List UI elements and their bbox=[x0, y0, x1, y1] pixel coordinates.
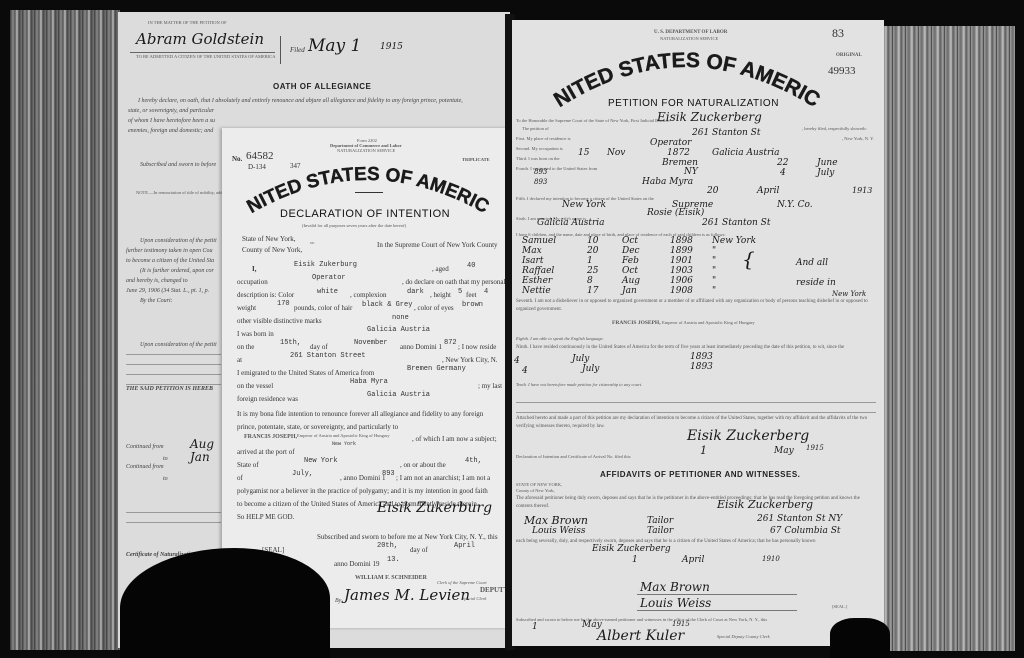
subscribed-label: Subscribed and sworn to before bbox=[140, 162, 216, 168]
clerk-title: Special Deputy County Clerk bbox=[717, 634, 770, 639]
at-label: at bbox=[237, 356, 242, 364]
reside-label: ; I now reside bbox=[458, 343, 496, 351]
born-day: 15 bbox=[578, 148, 589, 158]
continued-from-2: Continued from bbox=[126, 464, 164, 470]
arrived-state: New York bbox=[304, 457, 338, 465]
intention-text-2: prince, potentate, state, or sovereignty… bbox=[237, 423, 398, 431]
resided-day: 4 bbox=[514, 356, 520, 366]
child-row: Isart 1 Feb 1901 " bbox=[522, 256, 732, 266]
county-ny: County of New York, bbox=[516, 488, 555, 493]
known-month: April bbox=[682, 555, 704, 565]
clerk-name: WILLIAM F. SCHNEIDER bbox=[355, 575, 427, 581]
child-row: Samuel 10 Oct 1898 New York bbox=[522, 236, 732, 246]
occupation-label: occupation bbox=[237, 278, 268, 286]
affidavits-title: AFFIDAVITS OF PETITIONER AND WITNESSES. bbox=[600, 470, 800, 479]
oath-text-1: I hereby declare, on oath, that I absolu… bbox=[138, 98, 463, 104]
petitioner-signature: Eisik Zuckerberg bbox=[687, 428, 809, 444]
book-page-edges-left bbox=[10, 10, 120, 650]
sworn-text: Subscribed and sworn to before me at New… bbox=[317, 533, 498, 541]
born-month: Nov bbox=[607, 148, 625, 158]
ss-label: ss: bbox=[310, 240, 315, 245]
address: 261 Stanton Street bbox=[290, 352, 366, 360]
arrived-month: July bbox=[817, 168, 834, 178]
ninth-clause: Ninth. I have resided continuously in th… bbox=[516, 344, 876, 352]
page-number: 83 bbox=[832, 26, 844, 41]
arrived-day: 4th, bbox=[465, 457, 482, 465]
i-label: I, bbox=[252, 265, 256, 273]
clerk-title: Clerk of the Supreme Court bbox=[437, 580, 487, 585]
intention-text-1: It is my bona fide intention to renounce… bbox=[237, 410, 483, 418]
color: white bbox=[317, 288, 338, 296]
emigrated-from: Bremen Germany bbox=[407, 365, 466, 373]
arrived-label: arrived at the port of bbox=[237, 448, 295, 456]
arrived-anno-label: , anno Domini 1 bbox=[340, 474, 386, 482]
born-year: 1872 bbox=[667, 148, 690, 158]
service: NATURALIZATION SERVICE bbox=[337, 148, 395, 153]
upon-consideration-2: Upon consideration of the petiti bbox=[140, 342, 217, 348]
seal-label: [SEAL.] bbox=[832, 604, 847, 609]
known-petitioner: Eisik Zuckerberg bbox=[592, 544, 671, 554]
vessel-label: on the vessel bbox=[237, 382, 273, 390]
on-about-label: , on or about the bbox=[400, 461, 446, 469]
foreign-res-label: foreign residence was bbox=[237, 395, 298, 403]
witness-signature-1: Max Brown bbox=[640, 580, 710, 594]
declared-month: April bbox=[757, 186, 779, 196]
filed-month: May bbox=[774, 446, 794, 456]
department: U. S. DEPARTMENT OF LABOR bbox=[654, 30, 727, 35]
declarant-signature: Eisik Zukerburg bbox=[377, 500, 492, 516]
state-of-label: State of bbox=[237, 461, 259, 469]
declare-text: , do declare on oath that my personal bbox=[402, 278, 505, 286]
eighth-clause: Eighth. I am able to speak the English l… bbox=[516, 336, 604, 341]
petition-of-label: The petition of bbox=[522, 126, 549, 131]
seventh-clause: Seventh. I am not a disbeliever in or op… bbox=[516, 298, 876, 314]
filed-label: Declaration of Intention and Certificate… bbox=[516, 454, 630, 459]
witness-signature-2: Louis Weiss bbox=[640, 596, 711, 610]
county-label: County of New York, bbox=[242, 246, 302, 254]
anno-domini-label: anno Domini 1 bbox=[400, 343, 442, 351]
wife-name: Rosie (Eisik) bbox=[647, 208, 704, 218]
continued-from-1: Continued from bbox=[126, 444, 164, 450]
born-label: I was born in bbox=[237, 330, 274, 338]
witness-2-residence: 67 Columbia St bbox=[770, 526, 840, 536]
sovereign-title: Emperor of Austria and Apostolic King of… bbox=[297, 433, 390, 438]
occupation-label: Second. My occupation is bbox=[516, 146, 563, 151]
marks-label: other visible distinctive marks bbox=[237, 317, 322, 325]
service: NATURALIZATION SERVICE bbox=[660, 36, 718, 41]
petition-title: PETITION FOR NATURALIZATION bbox=[608, 98, 779, 109]
foreign-residence: Galicia Austria bbox=[367, 391, 430, 399]
state-label: State of New York, bbox=[242, 235, 295, 243]
filed-date: May 1 bbox=[308, 36, 361, 56]
help-me-god: So HELP ME GOD. bbox=[237, 513, 294, 521]
child-row: Esther 8 Aug 1906 " bbox=[522, 276, 732, 286]
emigrated-year: 893 bbox=[534, 168, 547, 176]
day-of-label: day of bbox=[310, 343, 328, 351]
known-year: 1910 bbox=[762, 555, 780, 563]
arrived-year: 893 bbox=[534, 178, 547, 186]
hereby-changed: and hereby is, changed to bbox=[126, 278, 188, 284]
oath-text-2: state, or sovereignty, and particular bbox=[128, 108, 214, 114]
sworn-anno-label: anno Domini 19 bbox=[334, 560, 380, 568]
residence-city: , New York, N. Y. bbox=[842, 136, 874, 141]
sworn-month: April bbox=[454, 542, 475, 550]
to-2: to bbox=[163, 476, 168, 482]
sworn-text: Subscribed and sworn to before me by the… bbox=[516, 616, 806, 624]
oath-text-3: of whom I have heretofore been a su bbox=[128, 118, 215, 124]
age: 40 bbox=[467, 262, 475, 270]
born-day: 15th, bbox=[280, 339, 301, 347]
arc-title-us: UNITED STATES OF AMERICA bbox=[242, 156, 492, 216]
feet-label: feet bbox=[466, 291, 477, 299]
sworn-year: 1915 bbox=[672, 620, 690, 628]
upon-consideration-1: Upon consideration of the petiti bbox=[140, 238, 217, 244]
arrived-port: New York bbox=[332, 441, 356, 447]
petition-hereby: THE SAID PETITION IS HEREB bbox=[126, 386, 213, 392]
emigrated-month: June bbox=[817, 158, 838, 168]
filed-day: 1 bbox=[700, 444, 707, 457]
declared-year: 1913 bbox=[852, 186, 872, 195]
children-note-1: And all bbox=[796, 258, 828, 268]
to-be-admitted-label: TO BE ADMITTED A CITIZEN OF THE UNITED S… bbox=[136, 54, 275, 59]
declaration-title: DECLARATION OF INTENTION bbox=[280, 208, 450, 220]
pounds-label: pounds, color of hair bbox=[294, 304, 352, 312]
state-day: 4 bbox=[522, 366, 528, 376]
further-testimony: further testimony taken in open Cou bbox=[126, 248, 213, 254]
declared-day: 20 bbox=[707, 186, 718, 196]
witness-1-occupation: Tailor bbox=[647, 516, 673, 526]
to-1-value: Jan bbox=[190, 450, 210, 464]
child-row: Raffael 25 Oct 1903 " bbox=[522, 266, 732, 276]
weight-label: weight bbox=[237, 304, 256, 312]
affiant-signature: Eisik Zuckerberg bbox=[717, 498, 813, 511]
weight: 170 bbox=[277, 300, 290, 308]
subject-label: , of which I am now a subject; bbox=[412, 435, 497, 443]
on-the-label: on the bbox=[237, 343, 254, 351]
arc-title-text: UNITED STATES OF AMERICA bbox=[242, 156, 492, 216]
arrived-port: NY bbox=[684, 167, 698, 177]
petitioner-name-handwritten: Abram Goldstein bbox=[136, 30, 264, 48]
witness-1-residence: 261 Stanton St NY bbox=[757, 514, 842, 524]
sworn-day-of: day of bbox=[410, 546, 428, 554]
oath-title: OATH OF ALLEGIANCE bbox=[273, 82, 371, 91]
born-place: Galicia Austria bbox=[712, 148, 780, 158]
emigrated-day: 22 bbox=[777, 158, 788, 168]
wife-born: Galicia Austria bbox=[537, 218, 605, 228]
matter-of-label: IN THE MATTER OF THE PETITION OF bbox=[148, 20, 227, 25]
court-label: In the Supreme Court of New York County bbox=[377, 241, 498, 249]
born-place: Galicia Austria bbox=[367, 326, 430, 334]
sworn-year: 13. bbox=[387, 556, 400, 564]
sworn-day: 20th, bbox=[377, 542, 398, 550]
city-label: , New York City, N. bbox=[442, 356, 498, 364]
state-year: 1893 bbox=[690, 362, 713, 372]
anarchist-text: ; I am not an anarchist; I am not a bbox=[396, 474, 490, 482]
sworn-day: 1 bbox=[532, 622, 538, 632]
height-ft: 5 bbox=[458, 288, 462, 296]
declared-place: New York bbox=[562, 200, 606, 210]
note-label: NOTE.—In renunciation of title of nobili… bbox=[136, 190, 229, 195]
filed-year: 1915 bbox=[380, 42, 403, 52]
clerk-signature: Albert Kuler bbox=[597, 628, 684, 644]
book-page-edges-right bbox=[880, 26, 1015, 651]
children-note-3: New York bbox=[832, 290, 866, 298]
petitioner-name: Eisik Zuckerberg bbox=[657, 110, 762, 124]
deputy-by: By bbox=[335, 598, 341, 604]
hair-color: black & Grey bbox=[362, 301, 412, 309]
vessel: Haba Myra bbox=[642, 177, 693, 187]
brace: { bbox=[742, 247, 755, 271]
petition-serial: 49933 bbox=[828, 65, 856, 77]
hereby-filed-label: , hereby filed, respectfully showeth: bbox=[802, 126, 867, 131]
my-last-label: ; my last bbox=[478, 382, 502, 390]
arrived-day: 4 bbox=[780, 168, 786, 178]
declared-county: N.Y. Co. bbox=[777, 200, 813, 210]
svg-text:UNITED STATES OF AMERICA: UNITED STATES OF AMERICA bbox=[242, 156, 492, 216]
arrived-year: 893 bbox=[382, 470, 395, 478]
polygamist-text: polygamist nor a believer in the practic… bbox=[237, 487, 488, 495]
occupation: Operator bbox=[312, 274, 346, 282]
emigrated-label: Fourth. I emigrated to the United States… bbox=[516, 166, 597, 171]
continued-from-1-value: Aug bbox=[190, 437, 214, 451]
eye-color: brown bbox=[462, 301, 483, 309]
arrived-month: July, bbox=[292, 470, 313, 478]
sovereign: FRANCIS JOSEPH, bbox=[612, 320, 661, 326]
of-label: of bbox=[237, 474, 243, 482]
born-month: November bbox=[354, 339, 388, 347]
born-year: 872 bbox=[444, 339, 457, 347]
child-row: Max 20 Dec 1899 " bbox=[522, 246, 732, 256]
court-line: To the Honorable the Supreme Court of th… bbox=[516, 118, 670, 123]
to-1: to bbox=[163, 456, 168, 462]
vessel: Haba Myra bbox=[350, 378, 388, 386]
sovereign-title: Emperor of Austria and Apostolic King of… bbox=[662, 320, 755, 325]
copy-type: ORIGINAL bbox=[836, 53, 862, 58]
complexion-label: , complexion bbox=[350, 291, 387, 299]
resided-year: 1893 bbox=[690, 352, 713, 362]
tenth-clause: Tenth. I have not heretofore made petiti… bbox=[516, 382, 642, 387]
declarant-name: Eisik Zukerburg bbox=[294, 261, 357, 269]
witness-2-occupation: Tailor bbox=[647, 526, 673, 536]
emigrated-label: I emigrated to the United States of Amer… bbox=[237, 369, 374, 377]
statute: June 29, 1906 (34 Stat. L., pt. 1, p. bbox=[126, 288, 209, 294]
witness-2-name: Louis Weiss bbox=[532, 526, 586, 536]
deputy-title: Special Clerk bbox=[462, 596, 486, 601]
wife-residence: 261 Stanton St bbox=[702, 218, 770, 228]
validity-note: (Invalid for all purposes seven years af… bbox=[302, 223, 406, 228]
residence: 261 Stanton St bbox=[692, 128, 760, 138]
corner-shadow bbox=[830, 618, 890, 658]
eyes-label: , color of eyes bbox=[414, 304, 454, 312]
state-month: July bbox=[582, 364, 599, 374]
known-day: 1 bbox=[632, 555, 638, 565]
by-court: By the Court: bbox=[140, 298, 173, 304]
witness-text: each being severally, duly, and respecti… bbox=[516, 538, 876, 546]
children-table: Samuel 10 Oct 1898 New York Max 20 Dec 1… bbox=[522, 236, 732, 296]
right-page-petition: 83 U. S. DEPARTMENT OF LABOR NATURALIZAT… bbox=[512, 20, 884, 646]
children-note-2: reside in bbox=[796, 278, 836, 288]
become-citizen: to become a citizen of the United Sta bbox=[126, 258, 214, 264]
aged-label: , aged bbox=[432, 265, 449, 273]
resided-month: July bbox=[572, 354, 589, 364]
filed-label: Filed bbox=[290, 46, 305, 54]
description-label: description is: Color bbox=[237, 291, 294, 299]
residence-label: First. My place of residence is bbox=[516, 136, 571, 141]
affidavit-text: The aforesaid petitioner being duly swor… bbox=[516, 495, 876, 511]
height-label: , height bbox=[430, 291, 451, 299]
complexion: dark bbox=[407, 288, 424, 296]
filed-year: 1915 bbox=[806, 444, 824, 452]
born-label: Third. I was born on the bbox=[516, 156, 560, 161]
occupation: Operator bbox=[650, 138, 691, 148]
number-label: No. bbox=[232, 155, 242, 163]
sovereign: FRANCIS JOSEPH, bbox=[244, 434, 297, 440]
oath-text-4: enemies, foreign and domestic; and bbox=[128, 128, 213, 134]
state-ny: STATE OF NEW YORK, bbox=[516, 482, 562, 487]
further-ordered: (It is further ordered, upon cor bbox=[140, 268, 214, 274]
deputy-signature: James M. Levien bbox=[344, 586, 470, 604]
height-in: 4 bbox=[484, 288, 488, 296]
marks: none bbox=[392, 314, 409, 322]
child-row: Nettie 17 Jan 1908 " bbox=[522, 286, 732, 296]
